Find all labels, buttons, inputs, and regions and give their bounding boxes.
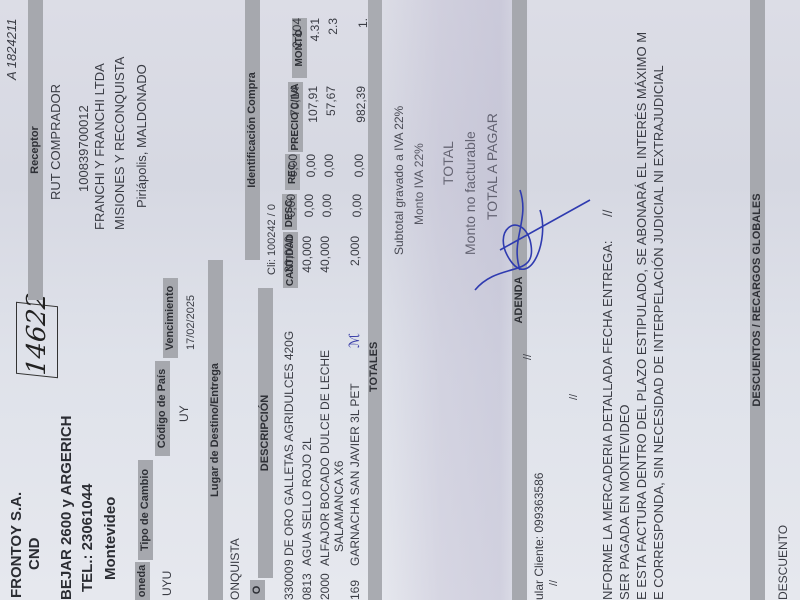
receptor-name: FRANCHI Y FRANCHI LTDA	[92, 63, 107, 230]
emisor-name: FRONTOY S.A.	[8, 492, 25, 598]
table-cell-rec: 0,00	[352, 154, 366, 190]
serie-number: A 1824211	[4, 19, 19, 80]
totales-label: TOTALES	[368, 342, 380, 392]
descuentos-header: DESCUENTOS / RECARGOS GLOBALES	[750, 0, 765, 600]
adenda-slash-2: //	[522, 354, 534, 360]
table-cell-desc-pct: 0,00	[350, 194, 364, 230]
table-cell-desc-pct: 0,00	[302, 194, 316, 230]
emisor-phone: TEL.: 23061044	[79, 484, 96, 592]
table-cell-price: 107,91	[306, 86, 320, 152]
handwritten-mark: ℳ	[346, 333, 363, 348]
table-cell-monto: 2.3	[326, 18, 340, 78]
table-cell-desc-pct: 0,00	[320, 194, 334, 230]
adenda-slash-1: //	[548, 580, 560, 586]
table-cell-code: 0813	[300, 570, 314, 600]
adenda-header: ADENDA	[512, 0, 527, 600]
table-cell-desc: ALFAJOR BOCADO DULCE DE LECHE	[318, 286, 332, 566]
header-moneda: oneda	[135, 562, 150, 600]
table-cell-price: 982,39	[354, 86, 368, 152]
moneda-value: UYU	[160, 571, 174, 596]
legal-line-4: E CORRESPONDA, SIN NECESIDAD DE INTERPEL…	[651, 65, 666, 600]
header-vencimiento: Vencimiento	[163, 278, 178, 358]
table-cell-qty: 30,000	[282, 236, 296, 288]
table-cell-rec: 0,00	[304, 154, 318, 190]
table-cell-monto: 2.104	[290, 18, 304, 78]
table-cell-price: 70,14	[288, 86, 302, 152]
emisor-address: BEJAR 2600 y ARGERICH	[58, 415, 75, 600]
table-cell-qty: 2,000	[348, 236, 362, 288]
table-cell-desc: AGUA SELLO ROJO 2L	[300, 286, 314, 566]
identificacion-value: Cli: 100242 / 0	[266, 204, 278, 275]
col-header-codigo: O	[250, 580, 265, 600]
table-cell-desc: GARNACHA SAN JAVIER 3L PET	[348, 286, 362, 566]
emisor-cnd: CND	[26, 538, 43, 571]
invoice-paper: FRONTOY S.A. CND BEJAR 2600 y ARGERICH T…	[0, 0, 800, 600]
table-cell-code: 33000	[282, 570, 296, 600]
table-cell-rec: 0,00	[322, 154, 336, 190]
receptor-address: MISIONES Y RECONQUISTA	[112, 57, 127, 230]
table-cell-monto: 4.31	[308, 18, 322, 78]
paper-fold	[380, 0, 530, 600]
col-header-descripcion: DESCRIPCIÓN	[258, 288, 273, 578]
receptor-header: Receptor	[28, 0, 43, 300]
table-cell-rec: 0,00	[286, 154, 300, 190]
receptor-city: Piriápolis, MALDONADO	[134, 64, 149, 208]
header-codigo-pais: Código de País	[155, 361, 170, 456]
table-cell-desc: 9 DE ORO GALLETAS AGRIDULCES 420G	[282, 286, 296, 566]
table-cell-qty: 40,000	[300, 236, 314, 288]
legal-line-3: E ESTA FACTURA DENTRO DEL PLAZO ESTIPULA…	[634, 32, 649, 600]
identificacion-header: Identificación Compra	[245, 0, 260, 260]
table-cell-desc-pct: 0,00	[284, 194, 298, 230]
table-cell-code: 169	[348, 570, 362, 600]
legal-line-1-value: //	[600, 210, 615, 217]
legal-line-1: NFORME LA MERCADERIA DETALLADA FECHA ENT…	[600, 210, 615, 600]
receptor-rut: 100839700012	[76, 105, 91, 192]
destino-value: ONQUISTA	[228, 538, 242, 600]
table-cell-price: 57,67	[324, 86, 338, 152]
codigo-pais-value: UY	[177, 405, 191, 422]
header-tipo-cambio: Tipo de Cambio	[138, 460, 153, 560]
emisor-city: Montevideo	[102, 497, 119, 580]
adenda-slash-3: //	[568, 394, 580, 400]
destino-header: Lugar de Destino/Entrega	[208, 260, 223, 600]
receptor-rut-label: RUT COMPRADOR	[48, 84, 63, 200]
legal-line-2: SER PAGADA EN MONTEVIDEO	[617, 404, 632, 600]
legal-line-1-text: NFORME LA MERCADERIA DETALLADA FECHA ENT…	[600, 240, 615, 600]
handwritten-number-box: 14622	[16, 302, 58, 378]
table-cell-qty: 40,000	[318, 236, 332, 288]
adenda-cliente: ular Cliente: 099363586	[532, 473, 546, 600]
table-cell-desc-line2: SALAMANCA X6	[332, 461, 346, 552]
table-cell-code: 2000	[318, 570, 332, 600]
descuentos-col: DESCUENTO	[776, 525, 790, 600]
signature	[470, 170, 600, 300]
vencimiento-value: 17/02/2025	[185, 295, 197, 350]
